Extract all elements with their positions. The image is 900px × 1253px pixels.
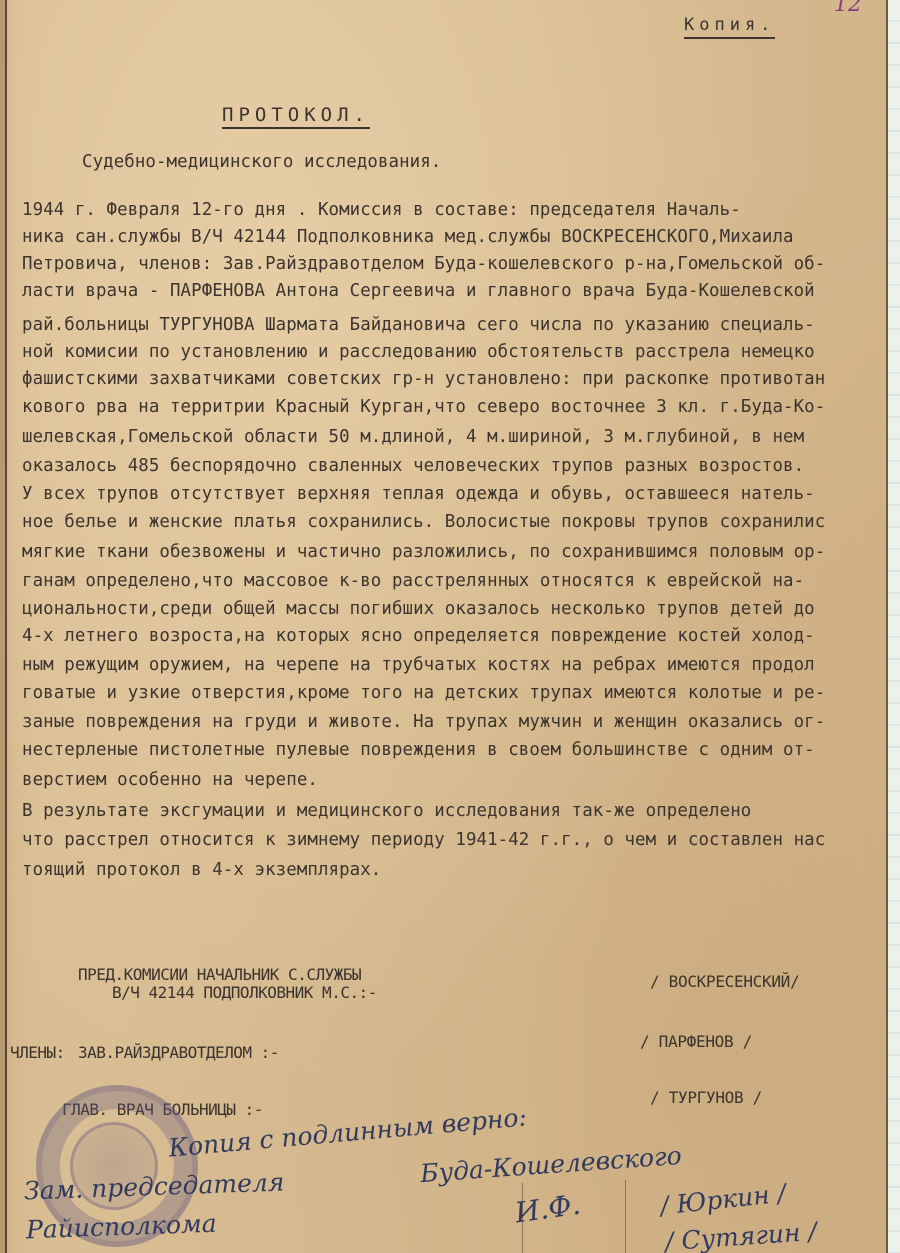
body-line: ласти врача - ПАРФЕНОВА Антона Сергеевич… [22,281,815,301]
body-line: рай.больницы ТУРГУНОВА Шармата Байданови… [22,315,815,335]
body-line: верстием особенно на черепе. [22,770,318,790]
body-line: мягкие ткани обезвожены и частично разло… [22,542,825,562]
body-line: кового рва на территрии Красный Курган,ч… [22,397,825,417]
body-line: В результате эксгумации и медицинского и… [22,801,751,821]
member1-label: ЗАВ.РАЙЗДРАВОТДЕЛОМ :- [78,1043,279,1062]
body-line: тоящий протокол в 4-х экземплярах. [22,860,381,880]
copy-mark-text: Копия. [684,15,775,39]
body-line: Петровича, членов: Зав.Райздравотделом Б… [22,254,825,274]
document-title-text: ПРОТОКОЛ. [222,104,370,129]
body-line: 1944 г. Февраля 12-го дня . Комиссия в с… [22,200,741,220]
body-line: нестерленые пистолетные пулевые поврежде… [22,740,815,760]
body-line: циональности,среди общей массы погибших … [22,599,815,619]
document-title: ПРОТОКОЛ. [222,104,370,126]
body-line: оказалось 485 беспорядочно сваленных чел… [22,456,804,476]
body-line: ника сан.службы В/Ч 42144 Подполковника … [22,227,794,247]
binding-edge [5,0,7,1253]
body-line: говатые и узкие отверстия,кроме того на … [22,683,825,703]
chairman-name: / ВОСКРЕСЕНСКИЙ/ [650,972,799,991]
body-line: заные повреждения на груди и животе. На … [22,712,825,732]
body-line: что расстрел относится к зимнему периоду… [22,830,825,850]
pencil-mark [625,1180,626,1253]
body-line: фашистскими захватчиками советских гр-н … [22,369,825,389]
chairman-label-line1: ПРЕД.КОМИСИИ НАЧАЛЬНИК С.СЛУЖБЫ [78,965,361,984]
body-line: У всех трупов отсутствует верхняя теплая… [22,484,815,504]
document-subtitle: Судебно-медицинского исследования. [82,152,441,172]
body-line: ное белье и женские платья сохранились. … [22,512,825,532]
pencil-mark [522,1183,523,1253]
body-line: ной комисии по установлению и расследова… [22,342,815,362]
underlying-lined-sheet [886,0,900,1253]
body-line: шелевская,Гомельской области 50 м.длиной… [22,427,804,447]
copy-mark: Копия. [684,15,775,35]
body-line: ным режущим оружием, на черепе на трубча… [22,655,815,675]
body-line: ганам определено,что массовое к-во расст… [22,571,804,591]
chairman-label-line2: В/Ч 42144 ПОДПОЛКОВНИК М.С.:- [112,983,377,1002]
body-line: 4-х летнего возроста,на которых ясно опр… [22,626,815,646]
members-prefix: ЧЛЕНЫ: [10,1043,65,1062]
member1-name: / ПАРФЕНОВ / [640,1032,752,1051]
member2-name: / ТУРГУНОВ / [650,1088,762,1107]
page-number: 12 [834,0,862,17]
